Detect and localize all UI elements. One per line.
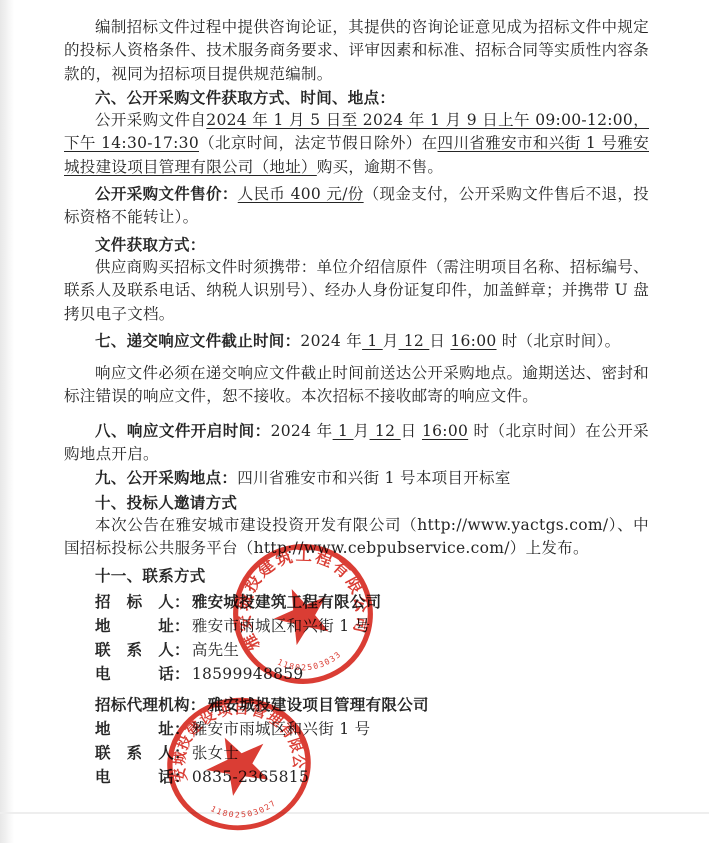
agency-name-row: 招标代理机构：雅安城投建设项目管理有限公司 (64, 693, 649, 717)
section7-deadline: 七、递交响应文件截止时间：2024 年 1 月 12 日 16:00 时（北京时… (64, 329, 649, 353)
s8-month-underlined: 1 (333, 422, 354, 440)
s7-time-underlined: 16:00 (450, 332, 496, 350)
agency-address-row: 地 址：雅安市雨城区和兴街 1 号 (64, 717, 649, 741)
price-label: 公开采购文件售价： (95, 184, 238, 203)
s8-day-underlined: 12 (370, 422, 401, 440)
s7-month-underlined: 1 (362, 332, 383, 350)
intro-paragraph: 编制招标文件过程中提供咨询论证，其提供的咨询论证意见成为招标文件中规定的投标人资… (64, 16, 649, 86)
sale-prefix: 公开采购文件自 (95, 111, 206, 129)
section6-sale-period: 公开采购文件自2024 年 1 月 5 日至 2024 年 1 月 9 日上午 … (64, 109, 649, 179)
s8-day-word: 日 (401, 422, 422, 440)
star-icon (266, 578, 339, 649)
sale-middle: （北京时间，法定节假日除外）在 (199, 134, 438, 152)
sale-suffix: 购买，逾期不售。 (317, 158, 443, 176)
section8-label: 八、响应文件开启时间： (95, 421, 271, 440)
tenderer-contact-label: 联 系 人： (95, 640, 190, 659)
s8-time-underlined: 16:00 (422, 422, 468, 440)
price-underlined: 人民币 400 元/份 (238, 185, 364, 203)
star-icon (196, 725, 279, 801)
agency-contact-row: 联 系 人：张女士 (64, 741, 649, 765)
scan-artifact-line (0, 812, 709, 814)
section9-label: 九、公开采购地点： (95, 468, 237, 487)
tenderer-address-label: 地 址： (95, 616, 190, 635)
section6-heading: 六、公开采购文件获取方式、时间、地点： (64, 86, 649, 109)
how-to-body: 供应商购买招标文件时须携带：单位介绍信原件（需注明项目名称、招标编号、联系人及联… (64, 256, 649, 326)
section6-price: 公开采购文件售价：人民币 400 元/份（现金支付，公开采购文件售后不退，投标资… (64, 182, 649, 230)
tenderer-label: 招 标 人： (95, 592, 190, 611)
s7-month-word: 月 (383, 332, 399, 350)
procurement-notice-page: 编制招标文件过程中提供咨询论证，其提供的咨询论证意见成为招标文件中规定的投标人资… (0, 0, 709, 843)
seal-graphic: 雅安城投建筑工程有限公司 5118025030330 (219, 530, 386, 697)
agency-phone-row: 电 话：0835-2365815 (64, 765, 649, 789)
s8-month-word: 月 (354, 422, 370, 440)
company-seal-agency: 雅安城投建设项目管理有限公司 5118025030279 (156, 686, 322, 841)
how-to-heading: 文件获取方式： (64, 233, 649, 256)
s7-year: 2024 年 (300, 332, 362, 350)
seal-graphic: 雅安城投建设项目管理有限公司 5118025030279 (156, 686, 322, 841)
tenderer-phone-label: 电 话： (95, 664, 190, 683)
section10-heading: 十、投标人邀请方式 (64, 491, 649, 514)
section9-value: 四川省雅安市和兴街 1 号本项目开标室 (237, 469, 510, 487)
section8-opening: 八、响应文件开启时间：2024 年 1 月 12 日 16:00 时（北京时间）… (64, 419, 649, 467)
section9-location: 九、公开采购地点：四川省雅安市和兴街 1 号本项目开标室 (64, 466, 649, 490)
s8-year: 2024 年 (271, 422, 333, 440)
section7-label: 七、递交响应文件截止时间： (95, 331, 300, 350)
s7-suffix: 时（北京时间）。 (497, 332, 621, 350)
s7-day-word: 日 (429, 332, 450, 350)
company-seal-tenderer: 雅安城投建筑工程有限公司 5118025030330 (219, 530, 386, 697)
s7-day-underlined: 12 (399, 332, 430, 350)
section7-note: 响应文件必须在递交响应文件截止时间前送达公开采购地点。逾期送达、密封和标注错误的… (64, 362, 649, 409)
